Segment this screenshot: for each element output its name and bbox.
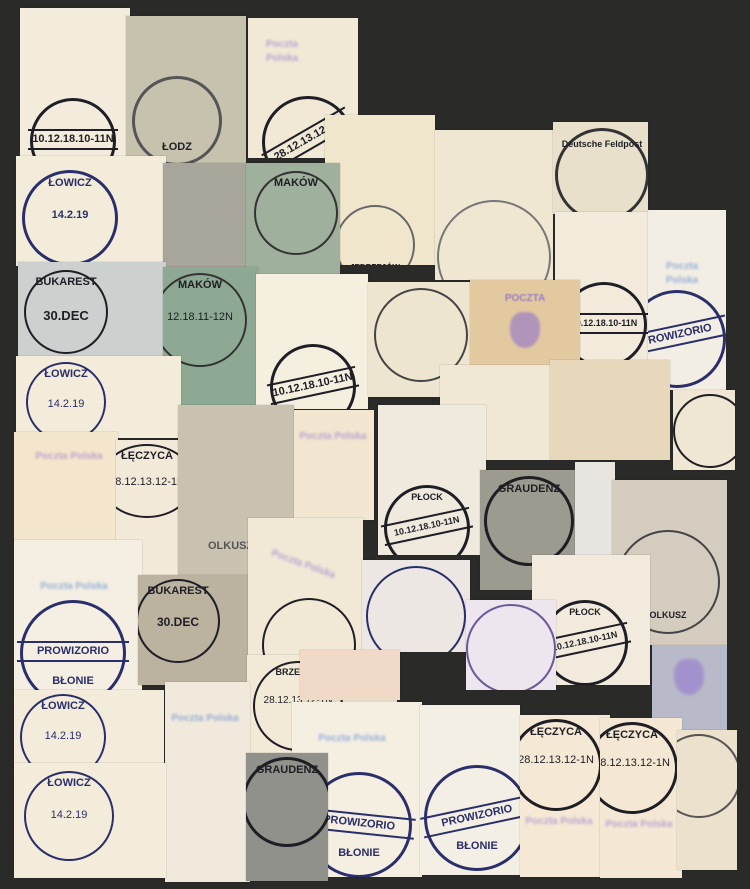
- stamp-fragment: Poczta Polska: [248, 518, 363, 658]
- stamp-fragment: [300, 650, 400, 700]
- stamp-fragment: ŁOWICZ 14.2.19: [14, 690, 164, 770]
- postmark: [466, 604, 556, 690]
- postmark-text: PROWIZORIO: [17, 641, 129, 662]
- postmark-town: MAKÓW: [163, 279, 245, 291]
- postmark-town: ŁĘCZYCA: [520, 726, 599, 738]
- postmark-date: 10.12.18.10-11N: [28, 129, 118, 150]
- postmark: MAKÓW 12.18.11-12N: [163, 273, 247, 367]
- postmark: ŁOWICZ 14.2.19: [24, 771, 114, 861]
- postmark: MAKÓW: [254, 171, 338, 255]
- stamp-fragment: MAKÓW: [246, 163, 340, 278]
- stamp-fragment: GRAUDENZ: [246, 753, 328, 881]
- postmark-town: ŁOWICZ: [26, 777, 112, 789]
- postmark-town: ŁOWICZ: [28, 368, 104, 380]
- stamp-fragment: JĘDRZEJÓW: [325, 115, 435, 265]
- postmark-town: PŁOCK: [387, 492, 467, 502]
- postmark-text: PROWIZORIO: [420, 795, 520, 839]
- stamp-fragment: ŁOWICZ 14.2.19: [16, 356, 181, 438]
- violet-overprint: Poczta Polska: [524, 815, 594, 829]
- postmark: Deutsche Feldpost: [555, 128, 648, 214]
- stamp-fragment: ŁĘCZYCA 28.12.13.12-1N Poczta Polska: [520, 715, 610, 877]
- postmark-town: BUKAREST: [26, 276, 106, 288]
- postmark: [262, 598, 356, 658]
- postmark-text: PROWIZORIO: [648, 315, 726, 357]
- postmark: ŁOWICZ 14.2.19: [22, 170, 118, 266]
- stamp-fragment: Poczta Polska: [294, 410, 374, 520]
- blue-overprint: Poczta Polska: [652, 260, 712, 288]
- postmark: ŁĘCZYCA 28.12.13.12-1N: [600, 722, 678, 814]
- stamp-fragment: [677, 730, 737, 870]
- postmark-date: 28.12.13.12-1N: [600, 757, 675, 769]
- eagle-icon: [674, 659, 704, 695]
- blue-overprint: Poczta Polska: [34, 580, 114, 594]
- postmark: GRAUDENZ: [246, 757, 328, 847]
- postmark-town: MAKÓW: [256, 177, 336, 189]
- postmark-town: PŁOCK: [545, 607, 625, 617]
- stamp-fragment: ŁOWICZ 14.2.19: [16, 156, 166, 266]
- stamp-fragment: Deutsche Feldpost: [553, 122, 648, 214]
- postmark-town: GRAUDENZ: [487, 483, 571, 495]
- postmark-town: ŁOWICZ: [25, 177, 115, 189]
- postmark: ŁODZ: [132, 76, 222, 164]
- postmark: 10.12.18.10-11N: [30, 98, 116, 158]
- postmark: [677, 734, 737, 818]
- postmark-town: BUKAREST: [138, 585, 218, 597]
- violet-overprint: Poczta Polska: [298, 430, 368, 444]
- violet-overprint: Poczta Polska: [604, 818, 674, 832]
- postmark: JĘDRZEJÓW: [335, 205, 415, 265]
- violet-overprint: Poczta Polska: [268, 546, 339, 583]
- postmark-town: ŁODZ: [135, 141, 219, 153]
- postmark: [366, 566, 466, 652]
- postmark: ŁĘCZYCA 28.12.13.12-1N: [520, 719, 602, 811]
- postmark: [437, 200, 551, 280]
- postmark-town: BŁONIE: [23, 675, 123, 687]
- postmark-town: ŁOWICZ: [22, 700, 104, 712]
- postmark-date: 10.12.18.10-11N: [267, 366, 359, 405]
- stamp-fragment: 10.12.18.10-11N: [20, 8, 130, 158]
- postmark-date: 28.12.13.12-1N: [520, 754, 599, 766]
- postmark: PROWIZORIO BŁONIE: [20, 600, 126, 700]
- stamp-fragment: ŁOWICZ 14.2.19: [14, 763, 166, 878]
- postmark: ŁOWICZ 14.2.19: [26, 362, 106, 438]
- violet-overprint: Poczta Polska: [34, 450, 104, 464]
- postmark-town: JĘDRZEJÓW: [337, 263, 413, 265]
- postmark-town: BŁONIE: [427, 840, 520, 852]
- postmark-date: 10.12.18.10-11N: [381, 507, 473, 546]
- stamp-fragment: BUKAREST 30.DEC: [138, 575, 248, 685]
- postmark-town: Deutsche Feldpost: [558, 139, 646, 149]
- postmark: BUKAREST 30.DEC: [24, 270, 108, 354]
- postmark: [673, 394, 735, 468]
- blue-overprint: Poczta Polska: [302, 732, 402, 746]
- postmark-town: ŁĘCZYCA: [600, 729, 675, 741]
- stamp-fragment: 10.12.18.10-11N: [256, 274, 368, 409]
- stamp-fragment: PŁOCK 10.12.18.10-11N: [378, 405, 486, 555]
- postmark-date: 14.2.19: [22, 730, 104, 742]
- postmark-town: OLKUSZ: [208, 540, 253, 552]
- violet-overprint: Poczta Polska: [252, 38, 312, 66]
- stamp-fragment: [362, 560, 470, 652]
- stamp-fragment: ŁODZ: [126, 16, 246, 164]
- postmark-town: GRAUDENZ: [246, 764, 328, 776]
- postmark-date: 12.18.11-12N: [163, 311, 245, 323]
- stamp-fragment: BUKAREST 30.DEC: [18, 262, 166, 362]
- stamp-fragment: [550, 360, 670, 460]
- eagle-icon: [510, 312, 540, 348]
- postmark: GRAUDENZ: [484, 476, 574, 566]
- postmark: PŁOCK 10.12.18.10-11N: [384, 485, 470, 555]
- stamp-fragment: [163, 163, 259, 273]
- stamp-fragment: Poczta Polska PROWIZORIO BŁONIE: [14, 540, 142, 700]
- postmark: 10.12.18.10-11N: [270, 344, 356, 409]
- stamp-fragment: [575, 462, 615, 557]
- stamp-fragment: [466, 600, 556, 690]
- stamp-fragment: Poczta Polska: [14, 432, 118, 542]
- stamp-fragment: PROWIZORIO BŁONIE: [420, 705, 520, 875]
- postmark-date: 30.DEC: [138, 615, 218, 629]
- poczta-eagle-overprint: POCZTA: [490, 292, 560, 306]
- stamp-fragment: ŁĘCZYCA 28.12.13.12-1N Poczta Polska: [600, 718, 682, 878]
- blue-overprint: Poczta Polska: [165, 712, 245, 726]
- postmark: BUKAREST 30.DEC: [138, 579, 220, 663]
- postmark: PROWIZORIO BŁONIE: [424, 765, 520, 871]
- stamp-fragment: Poczta Polska: [165, 682, 250, 882]
- postmark-date: 14.2.19: [28, 398, 104, 410]
- postmark-date: 14.2.19: [26, 809, 112, 821]
- stamp-fragment: [673, 390, 735, 470]
- stamp-fragment: [435, 130, 553, 280]
- postmark: ŁOWICZ 14.2.19: [20, 694, 106, 770]
- stamp-fragment: POCZTA: [470, 280, 580, 370]
- postmark-date: 14.2.19: [25, 209, 115, 221]
- postmark-date: 30.DEC: [26, 308, 106, 323]
